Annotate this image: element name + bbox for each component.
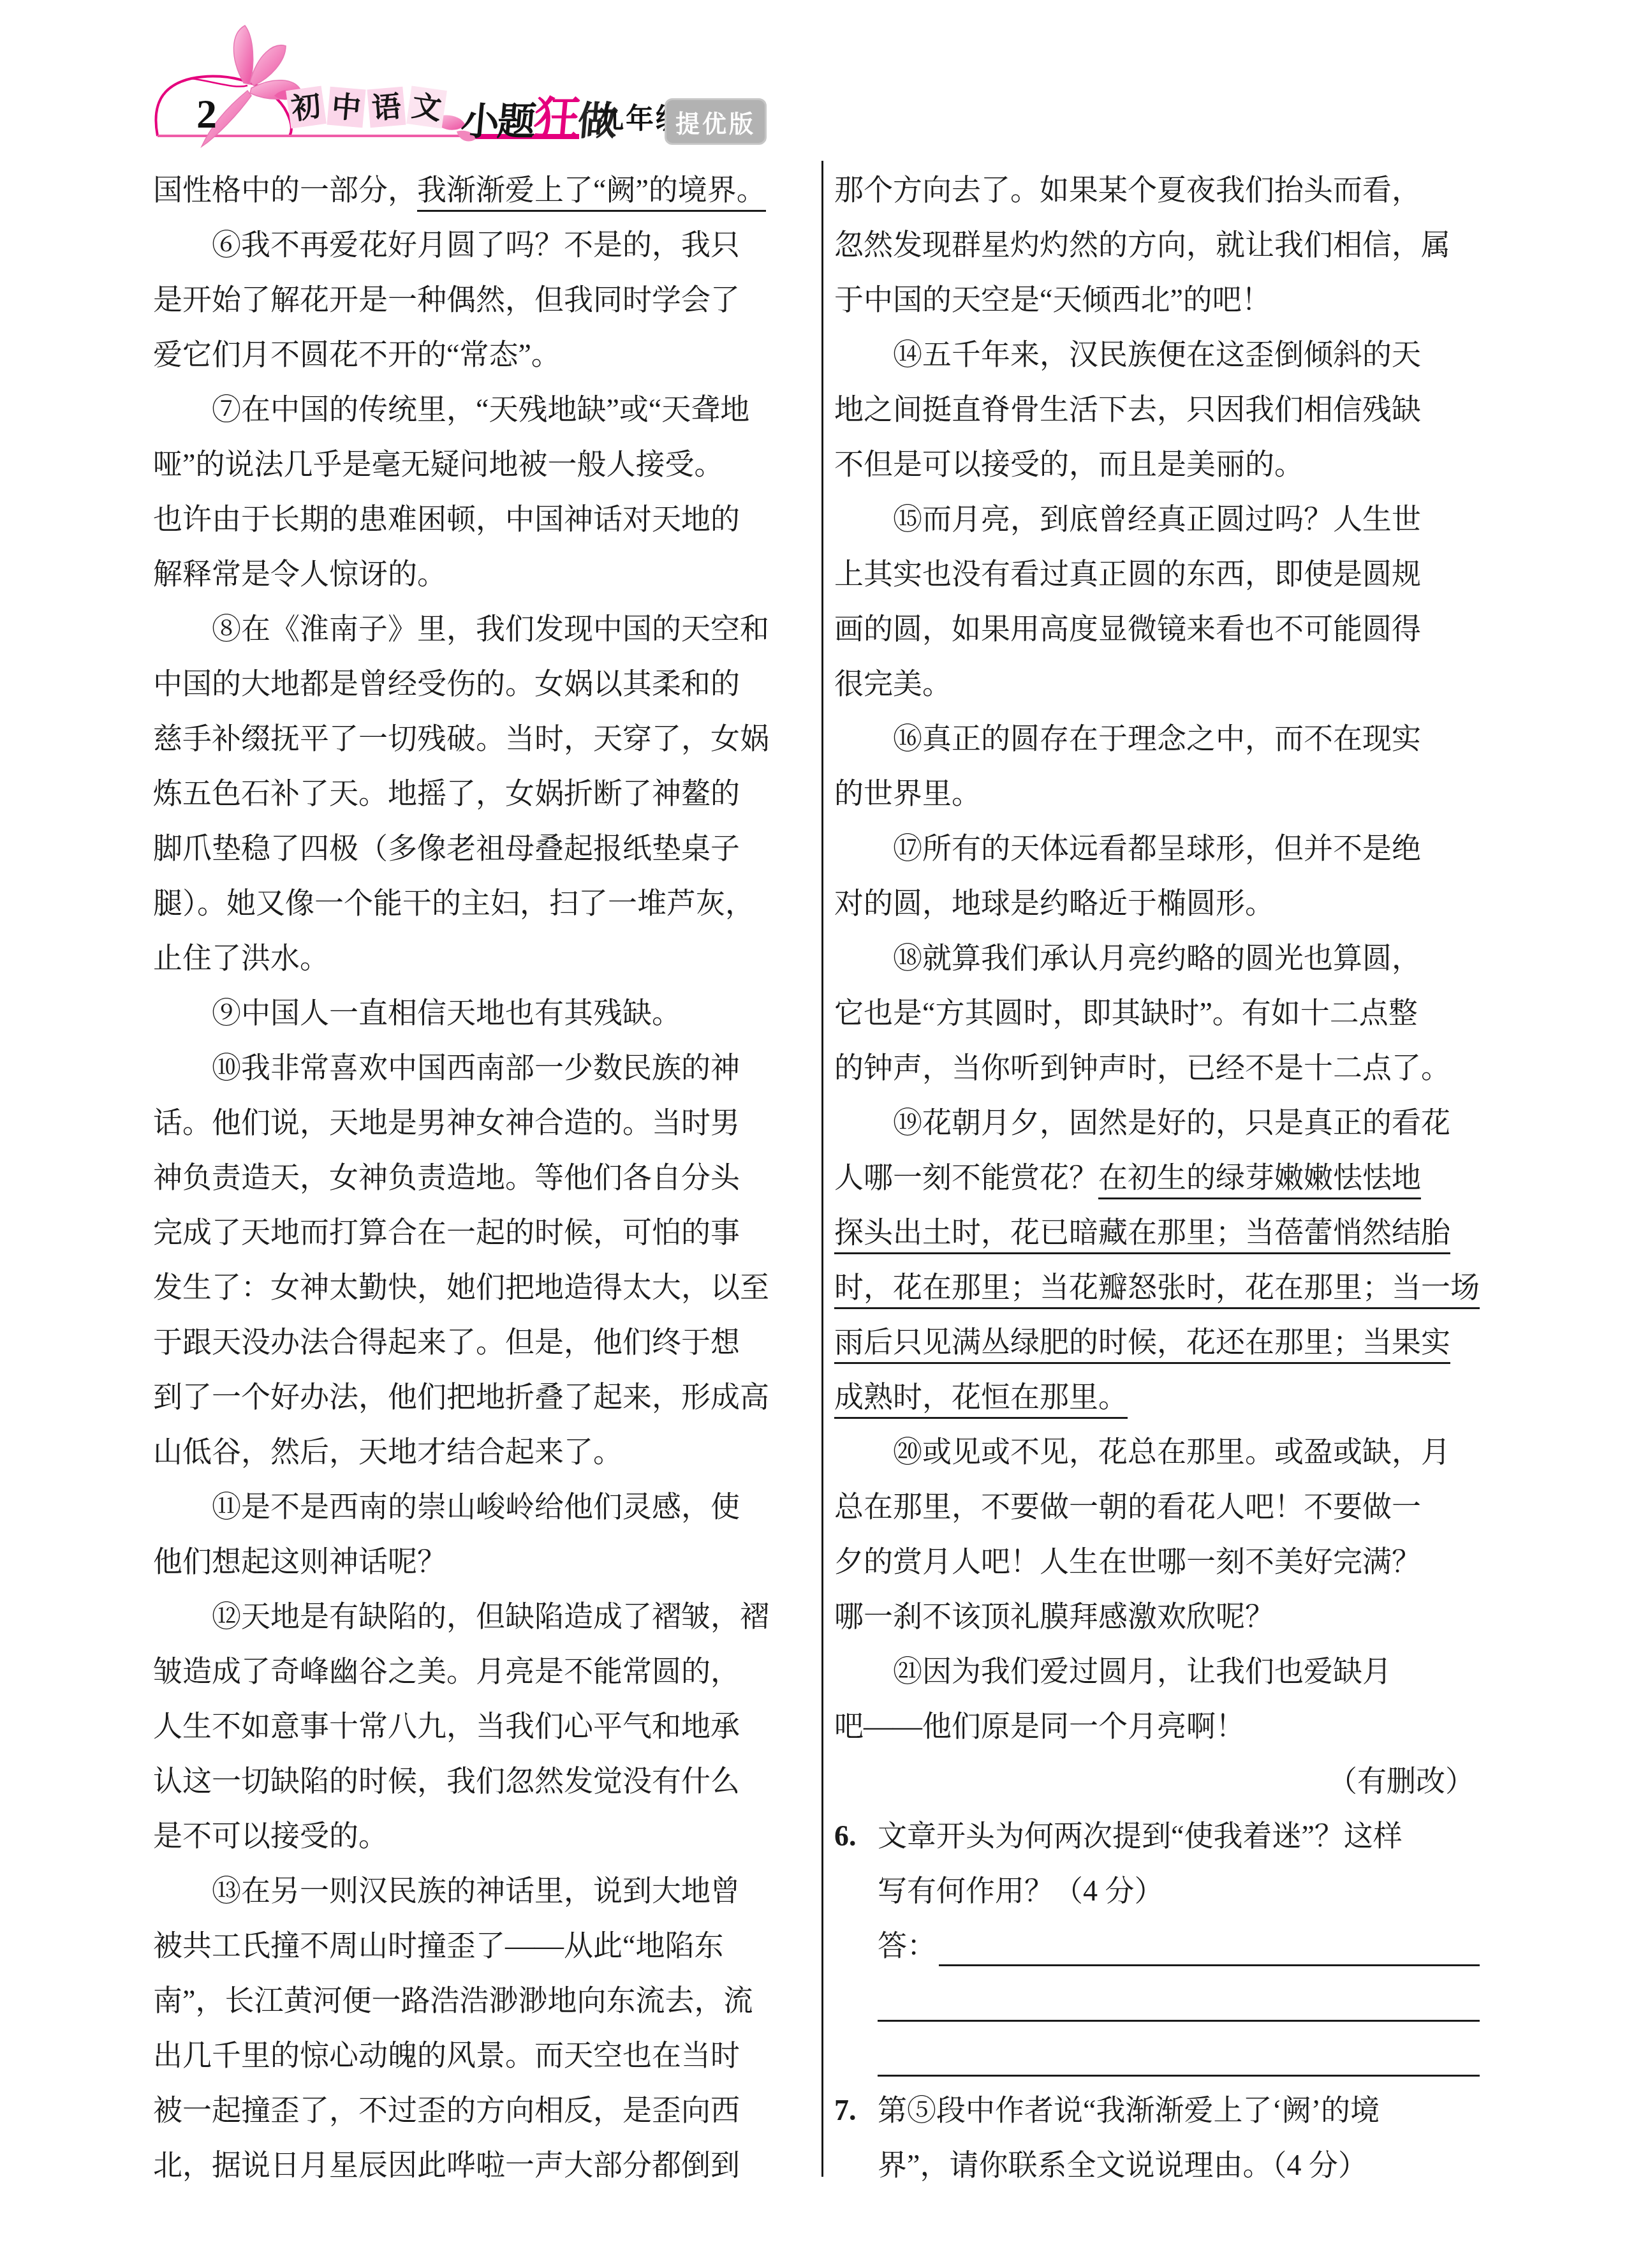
question-line: 7.第⑤段中作者说“我渐渐爱上了‘阙’的境 bbox=[834, 2084, 1480, 2138]
text-segment: 是不可以接受的。 bbox=[153, 1820, 388, 1852]
text-segment: 止住了洪水。 bbox=[153, 942, 329, 974]
text-line: 哪一刹不该顶礼膜拜感激欢欣呢？ bbox=[834, 1590, 1480, 1645]
column-divider bbox=[821, 161, 823, 2177]
text-line: 雨后只见满丛绿肥的时候，花还在那里；当果实 bbox=[834, 1316, 1480, 1370]
text-segment: 是开始了解花开是一种偶然，但我同时学会了 bbox=[153, 283, 740, 316]
text-line: 时，花在那里；当花瓣怒张时，花在那里；当一场 bbox=[834, 1261, 1480, 1316]
answer-rule-line bbox=[834, 2029, 1480, 2084]
series-title: 初中语文 bbox=[288, 88, 449, 126]
text-line: 的世界里。 bbox=[834, 767, 1480, 822]
text-segment: 它也是“方其圆时，即其缺时”。有如十二点整 bbox=[834, 997, 1418, 1029]
text-line: 发生了：女神太勤快，她们把地造得太大，以至 bbox=[153, 1261, 799, 1316]
text-line: 地之间挺直脊骨生活下去，只因我们相信残缺 bbox=[834, 383, 1480, 438]
text-line: ⑫天地是有缺陷的，但缺陷造成了褶皱，褶 bbox=[153, 1590, 799, 1645]
text-segment: 被共工氏撞不周山时撞歪了——从此“地陷东 bbox=[153, 1929, 723, 1962]
text-line: 解释常是令人惊讶的。 bbox=[153, 547, 799, 602]
text-line: 他们想起这则神话呢？ bbox=[153, 1535, 799, 1590]
page-number: 2 bbox=[196, 91, 217, 138]
text-line: 认这一切缺陷的时候，我们忽然发觉没有什么 bbox=[153, 1754, 799, 1809]
text-segment: 地之间挺直脊骨生活下去，只因我们相信残缺 bbox=[834, 393, 1421, 426]
question-number: 6. bbox=[834, 1809, 878, 1863]
text-line: 它也是“方其圆时，即其缺时”。有如十二点整 bbox=[834, 986, 1480, 1041]
answer-label: 答： bbox=[878, 1919, 936, 1974]
text-segment: ⑫天地是有缺陷的，但缺陷造成了褶皱，褶 bbox=[212, 1600, 769, 1633]
text-line: ⑨中国人一直相信天地也有其残缺。 bbox=[153, 986, 799, 1041]
text-segment: ⑬在另一则汉民族的神话里，说到大地曾 bbox=[212, 1874, 740, 1907]
text-segment: 他们想起这则神话呢？ bbox=[153, 1545, 446, 1578]
text-line: 炼五色石补了天。地摇了，女娲折断了神鳌的 bbox=[153, 767, 799, 822]
text-line: 爱它们月不圆花不开的“常态”。 bbox=[153, 328, 799, 383]
text-segment: 完成了天地而打算合在一起的时候，可怕的事 bbox=[153, 1216, 740, 1249]
header-decoration bbox=[0, 0, 1627, 191]
text-line: ⑬在另一则汉民族的神话里，说到大地曾 bbox=[153, 1864, 799, 1919]
text-segment: 人哪一刻不能赏花？ bbox=[834, 1161, 1098, 1194]
text-segment: ⑯真正的圆存在于理念之中，而不在现实 bbox=[893, 722, 1421, 755]
text-segment: 于中国的天空是“天倾西北”的吧！ bbox=[834, 283, 1271, 316]
text-segment: 的世界里。 bbox=[834, 777, 981, 810]
text-segment: 炼五色石补了天。地摇了，女娲折断了神鳌的 bbox=[153, 777, 740, 810]
text-segment: 解释常是令人惊讶的。 bbox=[153, 558, 446, 590]
text-segment: 北，据说日月星辰因此哗啦一声大部分都倒到 bbox=[153, 2149, 740, 2181]
text-line: ⑥我不再爱花好月圆了吗？不是的，我只 bbox=[153, 218, 799, 273]
text-segment: 画的圆，如果用高度显微镜来看也不可能圆得 bbox=[834, 612, 1421, 645]
text-line: 总在那里，不要做一朝的看花人吧！不要做一 bbox=[834, 1480, 1480, 1535]
workbook-page: 2 初中语文 小题狂做 九年级 提优版 国性格中的一部分，我渐渐爱上了“阙”的境… bbox=[0, 0, 1627, 2268]
text-line: 界”，请你联系全文说说理由。（4 分） bbox=[834, 2138, 1480, 2193]
text-line: 写有何作用？（4 分） bbox=[834, 1864, 1480, 1919]
text-segment: 总在那里，不要做一朝的看花人吧！不要做一 bbox=[834, 1490, 1421, 1523]
text-segment: 很完美。 bbox=[834, 667, 952, 700]
series-char: 语 bbox=[367, 87, 406, 128]
text-segment: 腿）。她又像一个能干的主妇，扫了一堆芦灰， bbox=[153, 887, 755, 919]
text-line: ⑰所有的天体远看都呈球形，但并不是绝 bbox=[834, 822, 1480, 877]
question-line: 6.文章开头为何两次提到“使我着迷”？这样 bbox=[834, 1809, 1480, 1864]
text-segment: （有删改） bbox=[1328, 1765, 1475, 1797]
text-segment: 南”，长江黄河便一路浩浩渺渺地向东流去，流 bbox=[153, 1984, 753, 2017]
page-header: 2 初中语文 小题狂做 九年级 提优版 bbox=[0, 0, 1627, 191]
text-segment: 第⑤段中作者说“我渐渐爱上了‘阙’的境 bbox=[878, 2094, 1380, 2126]
underlined-text: 我渐渐爱上了“阙”的境界。 bbox=[417, 174, 766, 212]
text-line: 被一起撞歪了，不过歪的方向相反，是歪向西 bbox=[153, 2084, 799, 2138]
text-segment: 忽然发现群星灼灼然的方向，就让我们相信，属 bbox=[834, 228, 1450, 261]
text-line: 于跟天没办法合得起来了。但是，他们终于想 bbox=[153, 1316, 799, 1370]
series-char: 文 bbox=[406, 85, 447, 128]
text-line: ⑧在《淮南子》里，我们发现中国的天空和 bbox=[153, 602, 799, 657]
text-line: ⑦在中国的传统里，“天残地缺”或“天聋地 bbox=[153, 383, 799, 438]
text-segment: 山低谷，然后，天地才结合起来了。 bbox=[153, 1435, 622, 1468]
text-segment: 出几千里的惊心动魄的风景。而天空也在当时 bbox=[153, 2039, 740, 2072]
text-line: 探头出土时，花已暗藏在那里；当蓓蕾悄然结胎 bbox=[834, 1206, 1480, 1261]
text-line: 人生不如意事十常八九，当我们心平气和地承 bbox=[153, 1700, 799, 1754]
text-segment: 上其实也没有看过真正圆的东西，即使是圆规 bbox=[834, 558, 1421, 590]
text-segment: 爱它们月不圆花不开的“常态”。 bbox=[153, 338, 561, 371]
text-line: （有删改） bbox=[834, 1754, 1480, 1809]
text-line: 皱造成了奇峰幽谷之美。月亮是不能常圆的， bbox=[153, 1645, 799, 1700]
text-segment: 哪一刹不该顶礼膜拜感激欢欣呢？ bbox=[834, 1600, 1274, 1633]
text-line: ⑳或见或不见，花总在那里。或盈或缺，月 bbox=[834, 1425, 1480, 1480]
text-line: 人哪一刻不能赏花？在初生的绿芽嫩嫩怯怯地 bbox=[834, 1151, 1480, 1206]
text-line: 神负责造天，女神负责造地。等他们各自分头 bbox=[153, 1151, 799, 1206]
text-line: 南”，长江黄河便一路浩浩渺渺地向东流去，流 bbox=[153, 1974, 799, 2029]
text-line: 山低谷，然后，天地才结合起来了。 bbox=[153, 1425, 799, 1480]
text-line: ⑮而月亮，到底曾经真正圆过吗？人生世 bbox=[834, 493, 1480, 547]
text-line: 被共工氏撞不周山时撞歪了——从此“地陷东 bbox=[153, 1919, 799, 1974]
text-segment: ⑪是不是西南的崇山峻岭给他们灵感，使 bbox=[212, 1490, 740, 1523]
text-line: 完成了天地而打算合在一起的时候，可怕的事 bbox=[153, 1206, 799, 1261]
text-line: 腿）。她又像一个能干的主妇，扫了一堆芦灰， bbox=[153, 877, 799, 931]
text-line: 夕的赏月人吧！人生在世哪一刻不美好完满？ bbox=[834, 1535, 1480, 1590]
text-segment: 到了一个好办法，他们把地折叠了起来，形成高 bbox=[153, 1381, 769, 1413]
underlined-text: 探头出土时，花已暗藏在那里；当蓓蕾悄然结胎 bbox=[834, 1216, 1450, 1254]
text-segment: ⑩我非常喜欢中国西南部一少数民族的神 bbox=[212, 1051, 740, 1084]
text-line: 脚爪垫稳了四极（多像老祖母叠起报纸垫桌子 bbox=[153, 822, 799, 877]
answer-rule-line bbox=[834, 1974, 1480, 2029]
text-segment: 被一起撞歪了，不过歪的方向相反，是歪向西 bbox=[153, 2094, 740, 2126]
text-line: 是开始了解花开是一种偶然，但我同时学会了 bbox=[153, 273, 799, 328]
text-line: 不但是可以接受的，而且是美丽的。 bbox=[834, 438, 1480, 493]
text-segment: 发生了：女神太勤快，她们把地造得太大，以至 bbox=[153, 1271, 769, 1303]
text-segment: 哑”的说法几乎是毫无疑问地被一般人接受。 bbox=[153, 448, 723, 480]
text-segment: 文章开头为何两次提到“使我着迷”？这样 bbox=[878, 1820, 1402, 1852]
text-segment: ⑲花朝月夕，固然是好的，只是真正的看花 bbox=[893, 1106, 1450, 1139]
text-segment: 对的圆，地球是约略近于椭圆形。 bbox=[834, 887, 1274, 919]
text-segment: 的钟声，当你听到钟声时，已经不是十二点了。 bbox=[834, 1051, 1450, 1084]
text-line: ⑯真正的圆存在于理念之中，而不在现实 bbox=[834, 712, 1480, 767]
text-segment: 人生不如意事十常八九，当我们心平气和地承 bbox=[153, 1710, 740, 1742]
text-line: ⑱就算我们承认月亮约略的圆光也算圆， bbox=[834, 931, 1480, 986]
answer-blank bbox=[878, 2029, 1480, 2077]
text-segment: ⑳或见或不见，花总在那里。或盈或缺，月 bbox=[893, 1435, 1450, 1468]
text-line: 对的圆，地球是约略近于椭圆形。 bbox=[834, 877, 1480, 931]
text-segment: 于跟天没办法合得起来了。但是，他们终于想 bbox=[153, 1326, 740, 1358]
question-number: 7. bbox=[834, 2084, 878, 2137]
text-line: ⑲花朝月夕，固然是好的，只是真正的看花 bbox=[834, 1096, 1480, 1151]
text-line: ⑭五千年来，汉民族便在这歪倒倾斜的天 bbox=[834, 328, 1480, 383]
text-segment: 认这一切缺陷的时候，我们忽然发觉没有什么 bbox=[153, 1765, 740, 1797]
text-line: 北，据说日月星辰因此哗啦一声大部分都倒到 bbox=[153, 2138, 799, 2193]
text-line: ⑪是不是西南的崇山峻岭给他们灵感，使 bbox=[153, 1480, 799, 1535]
text-segment: 神负责造天，女神负责造地。等他们各自分头 bbox=[153, 1161, 740, 1194]
text-line: 画的圆，如果用高度显微镜来看也不可能圆得 bbox=[834, 602, 1480, 657]
text-segment: ⑨中国人一直相信天地也有其残缺。 bbox=[212, 997, 681, 1029]
answer-blank bbox=[878, 1974, 1480, 2022]
text-line: 出几千里的惊心动魄的风景。而天空也在当时 bbox=[153, 2029, 799, 2084]
text-segment: 夕的赏月人吧！人生在世哪一刻不美好完满？ bbox=[834, 1545, 1421, 1578]
text-segment: ⑮而月亮，到底曾经真正圆过吗？人生世 bbox=[893, 503, 1421, 535]
text-segment: 话。他们说，天地是男神女神合造的。当时男 bbox=[153, 1106, 740, 1139]
article-column-left: 国性格中的一部分，我渐渐爱上了“阙”的境界。⑥我不再爱花好月圆了吗？不是的，我只… bbox=[153, 163, 799, 2193]
series-char: 初 bbox=[286, 85, 327, 128]
text-segment: 那个方向去了。如果某个夏夜我们抬头而看， bbox=[834, 174, 1421, 206]
text-segment: 国性格中的一部分， bbox=[153, 174, 417, 206]
text-segment: 不但是可以接受的，而且是美丽的。 bbox=[834, 448, 1304, 480]
text-segment: 脚爪垫稳了四极（多像老祖母叠起报纸垫桌子 bbox=[153, 832, 740, 864]
text-segment: 界”，请你联系全文说说理由。（4 分） bbox=[878, 2149, 1367, 2181]
text-segment: ⑰所有的天体远看都呈球形，但并不是绝 bbox=[893, 832, 1421, 864]
edition-badge: 提优版 bbox=[665, 98, 767, 145]
text-line: 慈手补缀抚平了一切残破。当时，天穿了，女娲 bbox=[153, 712, 799, 767]
text-segment: ⑧在《淮南子》里，我们发现中国的天空和 bbox=[212, 612, 769, 645]
text-segment: 也许由于长期的患难困顿，中国神话对天地的 bbox=[153, 503, 740, 535]
text-line: 哑”的说法几乎是毫无疑问地被一般人接受。 bbox=[153, 438, 799, 493]
text-segment: 中国的大地都是曾经受伤的。女娲以其柔和的 bbox=[153, 667, 740, 700]
text-line: 成熟时，花恒在那里。 bbox=[834, 1370, 1480, 1425]
brand-text-accent: 狂 bbox=[532, 94, 580, 145]
text-segment: ⑱就算我们承认月亮约略的圆光也算圆， bbox=[893, 942, 1421, 974]
brand-text: 小题 bbox=[459, 100, 536, 143]
text-line: 很完美。 bbox=[834, 657, 1480, 712]
text-line: 上其实也没有看过真正圆的东西，即使是圆规 bbox=[834, 547, 1480, 602]
text-line: 也许由于长期的患难困顿，中国神话对天地的 bbox=[153, 493, 799, 547]
text-line: 于中国的天空是“天倾西北”的吧！ bbox=[834, 273, 1480, 328]
text-line: 中国的大地都是曾经受伤的。女娲以其柔和的 bbox=[153, 657, 799, 712]
underlined-text: 在初生的绿芽嫩嫩怯怯地 bbox=[1098, 1161, 1421, 1199]
text-line: 是不可以接受的。 bbox=[153, 1809, 799, 1864]
underlined-text: 时，花在那里；当花瓣怒张时，花在那里；当一场 bbox=[834, 1271, 1480, 1309]
text-line: 那个方向去了。如果某个夏夜我们抬头而看， bbox=[834, 163, 1480, 218]
text-line: 止住了洪水。 bbox=[153, 931, 799, 986]
text-line: 吧——他们原是同一个月亮啊！ bbox=[834, 1700, 1480, 1754]
text-line: 国性格中的一部分，我渐渐爱上了“阙”的境界。 bbox=[153, 163, 799, 218]
text-line: ⑩我非常喜欢中国西南部一少数民族的神 bbox=[153, 1041, 799, 1096]
text-segment: ⑭五千年来，汉民族便在这歪倒倾斜的天 bbox=[893, 338, 1421, 371]
underlined-text: 成熟时，花恒在那里。 bbox=[834, 1381, 1128, 1419]
text-line: 话。他们说，天地是男神女神合造的。当时男 bbox=[153, 1096, 799, 1151]
text-segment: 皱造成了奇峰幽谷之美。月亮是不能常圆的， bbox=[153, 1655, 740, 1687]
text-segment: ⑥我不再爱花好月圆了吗？不是的，我只 bbox=[212, 228, 740, 261]
series-char: 中 bbox=[327, 87, 365, 128]
article-column-right: 那个方向去了。如果某个夏夜我们抬头而看，忽然发现群星灼灼然的方向，就让我们相信，… bbox=[834, 163, 1480, 2193]
answer-blank bbox=[939, 1919, 1480, 1966]
text-line: 忽然发现群星灼灼然的方向，就让我们相信，属 bbox=[834, 218, 1480, 273]
text-segment: ⑦在中国的传统里，“天残地缺”或“天聋地 bbox=[212, 393, 749, 426]
text-line: 到了一个好办法，他们把地折叠了起来，形成高 bbox=[153, 1370, 799, 1425]
text-segment: ㉑因为我们爱过圆月，让我们也爱缺月 bbox=[893, 1655, 1392, 1687]
answer-line: 答： bbox=[834, 1919, 1480, 1974]
underlined-text: 雨后只见满丛绿肥的时候，花还在那里；当果实 bbox=[834, 1326, 1450, 1364]
text-line: 的钟声，当你听到钟声时，已经不是十二点了。 bbox=[834, 1041, 1480, 1096]
text-segment: 写有何作用？（4 分） bbox=[878, 1874, 1164, 1907]
text-segment: 慈手补缀抚平了一切残破。当时，天穿了，女娲 bbox=[153, 722, 769, 755]
text-segment: 吧——他们原是同一个月亮啊！ bbox=[834, 1710, 1245, 1742]
text-line: ㉑因为我们爱过圆月，让我们也爱缺月 bbox=[834, 1645, 1480, 1700]
